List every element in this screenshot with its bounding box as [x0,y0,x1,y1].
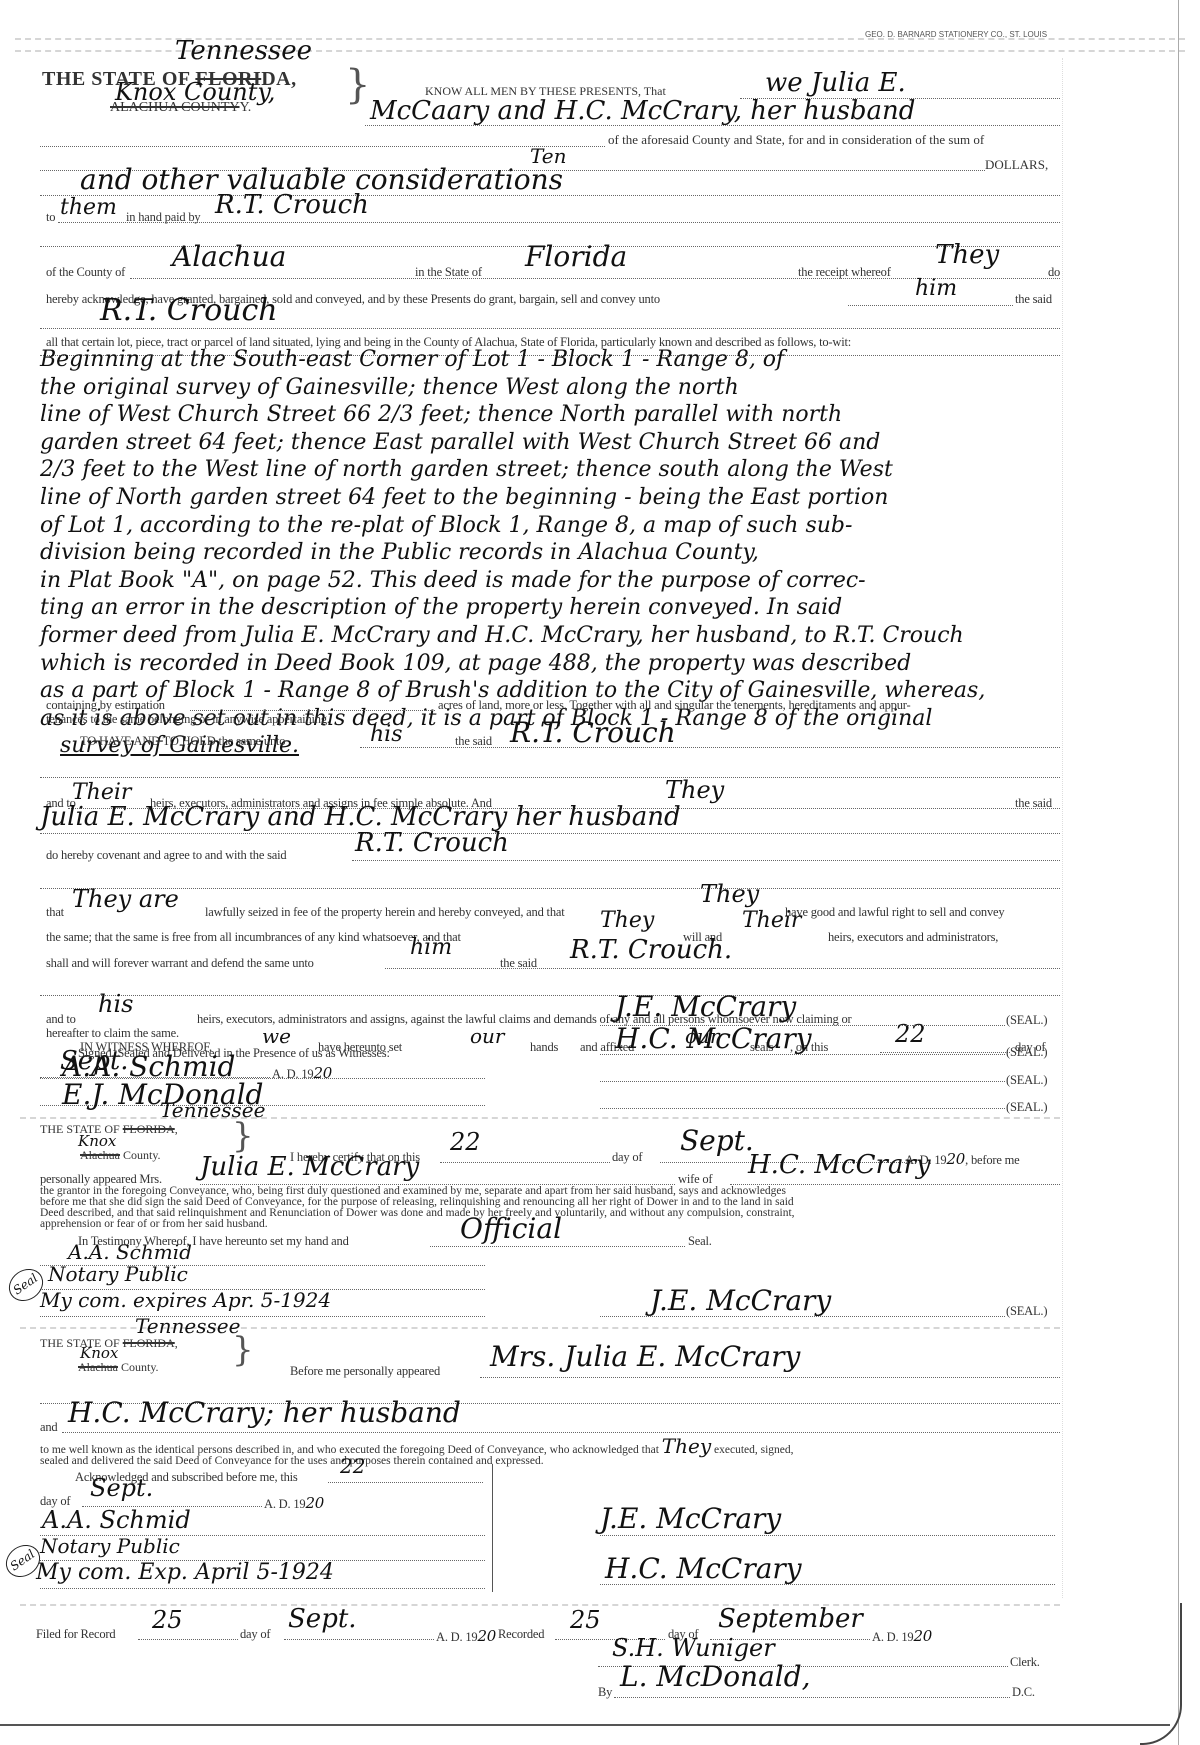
county-of-label: of the County of [46,265,125,280]
legal-line: division being recorded in the Public re… [40,539,1060,567]
page-curl [1140,1603,1182,1745]
recorded-ad: A. D. 1920 [872,1627,932,1645]
legal-line: of Lot 1, according to the re-plat of Bl… [40,512,1060,540]
seal-label-4: (SEAL.) [1006,1100,1047,1115]
recorded-month: September [718,1604,863,1634]
paid-line [58,222,1060,223]
to-have-label: TO HAVE AND TO HOLD the same unto [80,734,285,749]
dollars-label: DOLLARS, [985,157,1048,173]
signature-line-3 [600,1081,1005,1082]
legal-line: garden street 64 feet; thence East paral… [40,429,1060,457]
seal-label-3: (SEAL.) [1006,1073,1047,1088]
county-suffix: Y. [240,100,252,115]
witness-day-line [880,1052,1010,1053]
hereafter-text: hereafter to claim the same. [46,1026,179,1041]
ack-body: to me well known as the identical person… [40,1441,794,1467]
to-have-hand: his [370,722,403,747]
to-hand: them [60,195,117,220]
grantee-line [40,328,1060,329]
grantee-hand: R.T. Crouch [100,293,278,328]
certify-day: 22 [450,1128,481,1156]
ack-body-line-1: to me well known as the identical person… [40,1441,794,1456]
ack-state-struck: FLORIDA [123,1336,175,1350]
ack-brace: } [232,1330,254,1370]
state-of-text-2: in the State of [415,265,482,280]
dower-state-suffix: , [175,1122,178,1136]
ack-signature-1: J.E. McCrary [600,1502,781,1535]
legal-line: line of West Church Street 66 2/3 feet; … [40,401,1060,429]
dower-county-struck: Alachua [80,1148,120,1162]
free-hand: They [600,908,654,933]
legal-line: in Plat Book "A", on page 52. This deed … [40,567,1060,595]
certify-day-line [440,1162,610,1163]
ack-notary-title: Notary Public [40,1534,180,1558]
dc-label: D.C. [1012,1685,1035,1700]
testimony-hand: Official [460,1212,562,1245]
ack-signature-2: H.C. McCrary [605,1552,802,1585]
ack-bracket [492,1464,493,1592]
dower-body-line: apprehension or fear of or from her said… [40,1219,795,1230]
blank-line-3 [40,777,1060,778]
testimony-line [430,1246,685,1247]
dower-notary-expiry: My com. expires Apr. 5-1924 [40,1288,331,1312]
dower-seal-label: (SEAL.) [1006,1304,1047,1319]
grantors-hand-1: we Julia E. [765,68,906,98]
filed-label: Filed for Record [36,1627,115,1642]
dower-notary-sig: A.A. Schmid [68,1240,192,1264]
dower-brace: } [232,1116,254,1156]
receipt-label: the receipt whereof [798,265,891,280]
certify-month: Sept. [680,1124,754,1157]
subscribed-day: 22 [340,1454,365,1478]
before-me-text: , before me [965,1153,1019,1167]
covenant-hand: R.T. Crouch [355,828,509,858]
containing-label: containing by estimation [46,698,165,713]
defend-line [385,968,1060,969]
legal-line: the original survey of Gainesville; then… [40,374,1060,402]
filed-month: Sept. [288,1604,357,1634]
acres-line [190,710,435,711]
unto-line [848,305,1013,306]
aforesaid-line [40,146,605,147]
wife-of-hand: H.C. McCrary [748,1150,931,1180]
defend-hand: him [410,935,452,960]
dower-notary-title: Notary Public [48,1262,188,1286]
ack-and-label: and [40,1420,57,1435]
dc-sig: L. McDonald, [620,1660,811,1693]
brace: } [345,62,370,108]
that-hand: They are [72,885,179,913]
recorded-label: Recorded [498,1627,544,1642]
printer-imprint: GEO. D. BARNARD STATIONERY CO., ST. LOUI… [865,30,1047,39]
filed-day-line [138,1639,238,1640]
signature-1: J.E. McCrary [615,990,796,1023]
seal-label-2: (SEAL.) [1006,1045,1047,1060]
right-margin [1062,58,1063,1598]
will-hand: Their [742,908,801,933]
dower-county-label: Alachua County. [80,1148,161,1163]
state-handwritten: Tennessee [175,36,312,66]
seized-text: lawfully seized in fee of the property h… [205,905,565,920]
filed-ad: A. D. 1920 [436,1627,496,1645]
legal-line: ting an error in the description of the … [40,594,1060,622]
tenances-text: tenances to the same belonging or in any… [46,712,330,727]
legal-line: 2/3 feet to the West line of north garde… [40,456,1060,484]
our-hand: our [470,1024,504,1048]
unto-hand: him [915,276,957,301]
hands-text: hands [530,1040,558,1055]
recorded-day: 25 [570,1606,601,1634]
right-text: have good and lawful right to sell and c… [785,905,1004,920]
clerk-label: Clerk. [1010,1655,1040,1670]
legal-line: which is recorded in Deed Book 109, at p… [40,650,1060,678]
subscribed-month: Sept. [90,1474,153,1502]
deed-page: GEO. D. BARNARD STATIONERY CO., ST. LOUI… [0,0,1200,1745]
do-label: do [1048,265,1060,280]
dower-body: the grantor in the foregoing Conveyance,… [40,1186,795,1230]
ack-and-hand: H.C. McCrary; her husband [68,1396,461,1429]
filed-day-of: day of [240,1627,270,1642]
signature-line-4 [600,1108,1005,1109]
witness-ad: A. D. 1920 [272,1064,332,1082]
filed-month-line [284,1639,434,1640]
dower-notary-line-3 [40,1316,485,1317]
right-border [1178,0,1179,1745]
recorded-year: 20 [913,1627,932,1645]
grantors-line [40,833,1060,834]
clerk-sig: S.H. Wuniger [612,1634,775,1662]
seal-label-1: (SEAL.) [1006,1013,1047,1028]
the-said-2: the said [1015,796,1052,811]
filed-year: 20 [477,1627,496,1645]
to-label: to [46,210,55,225]
by-label: By [598,1685,612,1700]
grantors-hand-2: McCaary and H.C. McCrary, her husband [370,96,915,126]
blank-line-4 [40,888,1060,889]
paid-by-hand: R.T. Crouch [215,190,369,220]
ack-executed-text: executed, signed, [714,1444,794,1456]
ack-state-suffix: , [175,1336,178,1350]
ack-notary-sig: A.A. Schmid [42,1506,191,1534]
and-to-hand: his [98,990,133,1018]
filed-ad-label: A. D. 19 [436,1630,477,1644]
acres-text: acres of land, more or less. Together wi… [438,698,910,713]
legal-line: Beginning at the South-east Corner of Lo… [40,346,1060,374]
covenant-line [352,860,1060,861]
seal-word: Seal. [688,1234,712,1249]
subscribed-day-line [328,1482,483,1483]
defend-said: the said [500,956,537,971]
county-struck-label: ALACHUA COUNTYY. [110,100,251,116]
dc-line [614,1697,1010,1698]
to-have-grantee: R.T. Crouch [510,716,676,749]
ack-appeared-line [480,1377,1060,1378]
dower-county-text: County. [123,1148,161,1162]
bottom-border [0,1724,1170,1726]
ack-they-hand: They [662,1434,711,1458]
certify-day-of: day of [612,1150,642,1165]
subscribed-ad: A. D. 1920 [264,1494,324,1512]
recorded-ad-label: A. D. 19 [872,1630,913,1644]
ack-appeared-hand: Mrs. Julia E. McCrary [490,1340,800,1373]
paid-by-label: in hand paid by [126,210,200,225]
legal-line: line of North garden street 64 feet to t… [40,484,1060,512]
blank-line-5 [40,995,1060,996]
county-hand: Alachua [172,240,286,273]
the-said-label: the said [1015,292,1052,307]
before-me-text-2: Before me personally appeared [290,1364,440,1379]
and-they-hand: They [665,776,724,804]
to-have-said: the said [455,734,492,749]
ack-signature-line-1 [600,1535,1055,1536]
receipt-hand: They [935,240,999,270]
state-hand: Florida [525,240,627,273]
ack-notary-expiry: My com. Exp. April 5-1924 [36,1560,334,1585]
ack-county-label: Alachua County. [78,1360,159,1375]
defend-text: shall and will forever warrant and defen… [46,956,314,971]
subscribed-year: 20 [305,1494,324,1512]
and-to-2: and to [46,1012,76,1027]
defend-grantee: R.T. Crouch. [570,935,732,965]
free-text: the same; that the same is free from all… [46,930,461,945]
aforesaid-text: of the aforesaid County and State, for a… [608,132,984,148]
seized-hand: They [700,880,759,908]
that-label: that [46,905,64,920]
ack-and-line [62,1432,1060,1433]
ack-county-struck: Alachua [78,1360,118,1374]
year-hand: 20 [313,1064,332,1082]
appeared-hand: Julia E. McCrary [200,1152,419,1182]
signature-2: H.C. McCrary [615,1022,812,1055]
we-hand: we [262,1024,291,1048]
dower-state-struck: FLORIDA [123,1122,175,1136]
covenant-text: do hereby covenant and agree to and with… [46,848,286,863]
filed-day: 25 [152,1606,183,1634]
county-struck: ALACHUA COUNTY [110,100,240,115]
ack-state-hand: Tennessee [135,1314,240,1338]
ack-notary-line-3 [40,1588,485,1589]
ack-county-text: County. [121,1360,159,1374]
heirs-exec-text: heirs, executors and administrators, [828,930,998,945]
legal-line: former deed from Julia E. McCrary and H.… [40,622,1060,650]
subscribed-ad-label: A. D. 19 [264,1497,305,1511]
certify-year: 20 [946,1150,965,1168]
dower-signature: J.E. McCrary [650,1284,831,1317]
